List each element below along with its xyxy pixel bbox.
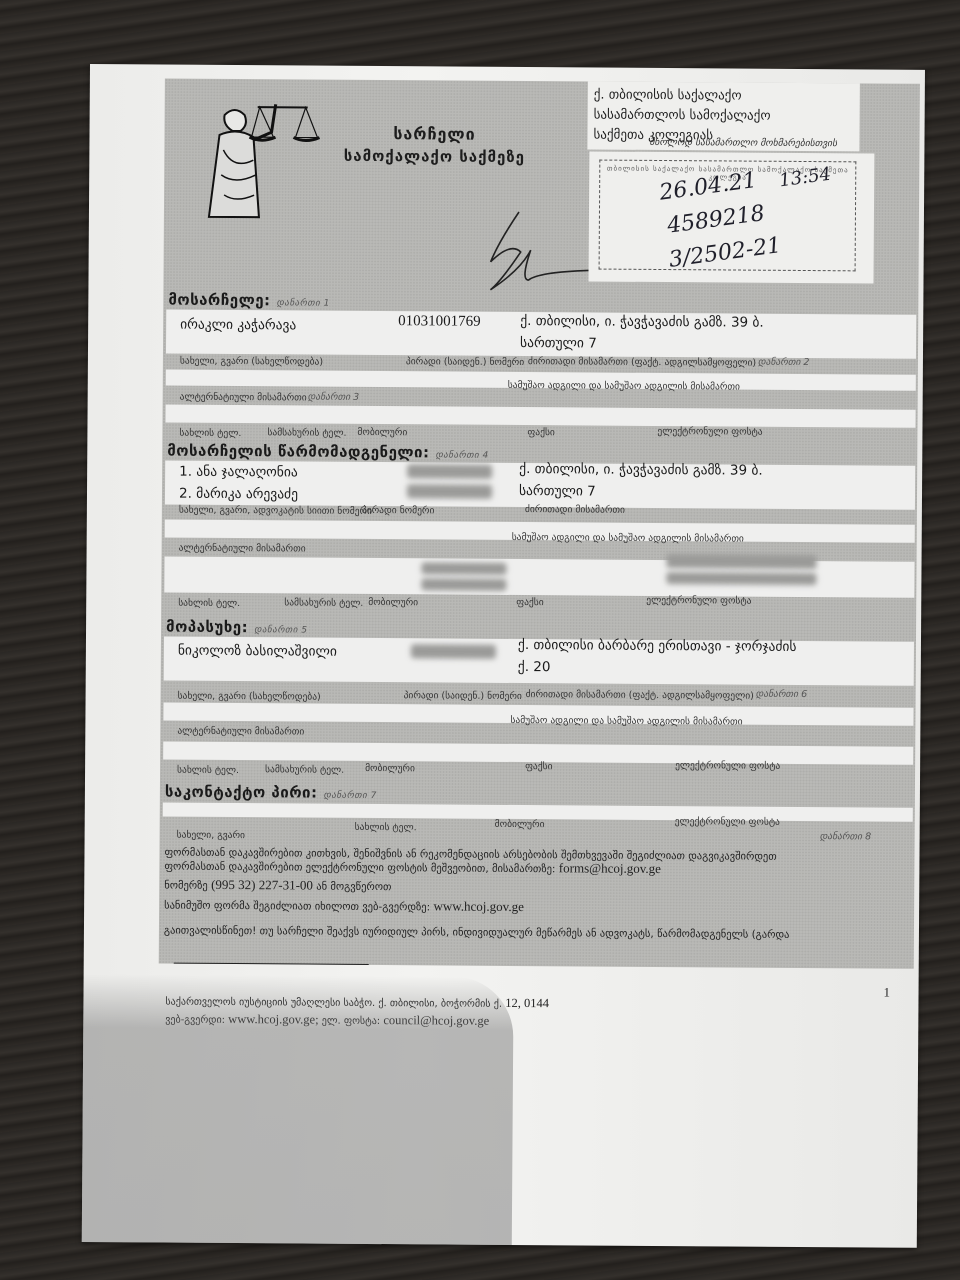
label-mobile: მობილური	[495, 819, 545, 830]
redacted-id	[407, 464, 492, 479]
annex-label: დანართი 2	[758, 357, 810, 368]
label-home-tel: სახლის ტელ.	[355, 822, 417, 833]
representative-address-line-2: სართული 7	[519, 483, 596, 500]
label-fax: ფაქსი	[525, 761, 552, 772]
defendant-address-line-2: ქ. 20	[518, 659, 551, 675]
info-line-4: სანიმუშო ფორმა შეგიძლიათ იხილოთ ვებ-გვერ…	[164, 897, 524, 916]
annex-label: დანართი 4	[435, 450, 488, 460]
label-id: პირადი ნომერი	[362, 505, 435, 517]
label-work-tel: სამსახურის ტელ.	[265, 764, 344, 776]
label-name: სახელი, გვარი (სახელწოდება)	[180, 356, 323, 368]
label-email: ელექტრონული ფოსტა	[675, 760, 780, 772]
addressee-line: სასამართლოს სამოქალაქო	[594, 106, 854, 128]
representative-name-2: 2. მარიკა არევაძე	[179, 486, 298, 503]
representative-name-1: 1. ანა ჯალაღონია	[179, 464, 298, 481]
registration-stamp-area: თბილისის საქალაქო სასამართლო სამოქალაქო …	[588, 151, 874, 283]
phone-number: (995 32) 227-31-00	[211, 877, 313, 893]
label-alt-address: ალტერნატიული მისამართი	[180, 392, 307, 404]
label-id: პირადი (საიდენ.) ნომერი	[406, 356, 524, 368]
title-line-1: სარჩელი	[319, 124, 549, 145]
representative-address-line-1: ქ. თბილისი, ი. ჭავჭავაძის გამზ. 39 ბ.	[519, 461, 763, 479]
label-home-tel: სახლის ტელ.	[177, 765, 239, 776]
label-id: პირადი (საიდენ.) ნომერი	[404, 690, 522, 702]
label-work: სამუშაო ადგილი და სამუშაო ადგილის მისამა…	[508, 380, 740, 393]
label-address: ძირითადი მისამართი (ფაქტ. ადგილსამყოფელი…	[526, 689, 754, 702]
addressee-line: ქ. თბილისის საქალაქო	[594, 86, 854, 108]
label-alt-address: ალტერნატიული მისამართი	[179, 543, 306, 555]
label-email: ელექტრონული ფოსტა	[657, 426, 762, 438]
label-name: სახელი, გვარი	[177, 830, 245, 841]
annex-label: დანართი 7	[323, 791, 376, 801]
signature	[478, 202, 589, 293]
forms-email-link[interactable]: forms@hcoj.gov.ge	[559, 860, 661, 876]
plaintiff-address-line-2: სართული 7	[520, 335, 597, 352]
annex-label: დანართი 6	[756, 689, 808, 700]
defendant-heading: მოპასუხე:დანართი 5	[166, 618, 308, 637]
document-title: სარჩელი სამოქალაქო საქმეზე	[319, 124, 549, 167]
label-address: ძირითადი მისამართი (ფაქტ. ადგილსამყოფელი…	[528, 356, 756, 369]
hand-shadow	[82, 974, 514, 1245]
defendant-name: ნიკოლოზ ბასილაშვილი	[178, 643, 337, 660]
redacted-mobile	[421, 578, 506, 591]
label-email: ელექტრონული ფოსტა	[675, 816, 780, 828]
label-name: სახელი, გვარი (სახელწოდება)	[178, 691, 321, 703]
annex-label: დანართი 3	[308, 392, 360, 403]
page-number: 1	[883, 985, 890, 1001]
label-email: ელექტრონული ფოსტა	[646, 595, 751, 607]
label-home-tel: სახლის ტელ.	[178, 598, 240, 609]
court-use-only-label: მხოლოდ სასამართლო მოხმარებისთვის	[649, 137, 837, 149]
label-alt-address: ალტერნატიული მისამართი	[177, 726, 304, 738]
label-work-tel: სამსახურის ტელ.	[284, 597, 363, 609]
label-home-tel: სახლის ტელ.	[179, 428, 241, 439]
representative-heading: მოსარჩელის წარმომადგენელი:დანართი 4	[167, 442, 489, 462]
defendant-address-line-1: ქ. თბილისი ბარბარე ერისთავი - ჯორჯაძის	[518, 637, 797, 655]
redacted-id	[407, 484, 492, 499]
label-name: სახელი, გვარი, ადვოკატის სიითი ნომერი	[179, 505, 372, 517]
label-mobile: მობილური	[368, 597, 418, 608]
label-fax: ფაქსი	[516, 597, 543, 608]
label-work-tel: სამსახურის ტელ.	[267, 427, 346, 439]
contact-heading: საკონტაქტო პირი:დანართი 7	[165, 783, 377, 802]
info-line-3: ნომერზე (995 32) 227-31-00 ან მოგვწეროთ	[164, 877, 391, 895]
label-work: სამუშაო ადგილი და სამუშაო ადგილის მისამა…	[512, 532, 744, 545]
plaintiff-personal-id: 01031001769	[398, 313, 481, 331]
redacted-email	[666, 554, 816, 569]
document-page: სარჩელი სამოქალაქო საქმეზე ქ. თბილისის ს…	[82, 64, 925, 1248]
plaintiff-address-line-1: ქ. თბილისი, ი. ჭავჭავაძის გამზ. 39 ბ.	[520, 313, 764, 331]
annex-label: დანართი 1	[277, 298, 330, 308]
footnote-separator	[174, 963, 369, 965]
redacted-email	[666, 572, 816, 585]
plaintiff-name: ირაკლი კაჭარავა	[180, 317, 296, 334]
redacted-id	[411, 644, 496, 659]
label-mobile: მობილური	[365, 763, 415, 774]
lady-justice-icon	[179, 95, 330, 226]
redacted-mobile	[421, 562, 506, 575]
annex-label: დანართი 8	[820, 831, 872, 842]
label-address: ძირითადი მისამართი	[525, 504, 625, 516]
website-link[interactable]: www.hcoj.gov.ge	[433, 898, 523, 914]
title-line-2: სამოქალაქო საქმეზე	[319, 147, 549, 167]
label-work: სამუშაო ადგილი და სამუშაო ადგილის მისამა…	[510, 715, 742, 728]
label-fax: ფაქსი	[527, 427, 554, 438]
plaintiff-heading: მოსარჩელე:დანართი 1	[168, 291, 330, 310]
annex-label: დანართი 5	[254, 625, 307, 635]
label-mobile: მობილური	[357, 427, 407, 438]
